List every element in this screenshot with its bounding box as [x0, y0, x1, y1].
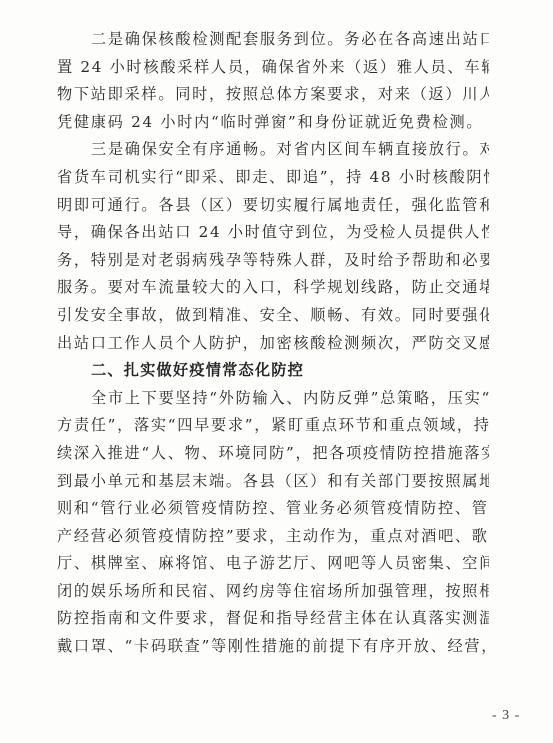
paragraph-4-line-2: 方责任”，落实“四早要求”，紧盯重点环节和重点领域，持 — [57, 412, 489, 440]
paragraph-3-line-8: 出站口工作人员个人防护，加密核酸检测频次，严防交叉感染。 — [57, 330, 489, 358]
section-heading: 二、扎实做好疫情常态化防控 — [57, 357, 489, 385]
document-page: 二是确保核酸检测配套服务到位。务必在各高速出站口配 置 24 小时核酸采样人员，… — [0, 0, 553, 743]
paragraph-4-line-6: 产经营必须管疫情防控”要求，主动作为，重点对酒吧、歌舞 — [57, 523, 489, 551]
page-number: - 3 - — [492, 708, 520, 724]
paragraph-4-line-9: 防控指南和文件要求，督促和指导经营主体在认真落实测温、 — [57, 605, 489, 633]
paragraph-4-line-7: 厅、棋牌室、麻将馆、电子游艺厅、网吧等人员密集、空间密 — [57, 550, 489, 578]
paragraph-4-line-1: 全市上下要坚持“外防输入、内防反弹”总策略，压实“四 — [57, 385, 489, 413]
paragraph-2-line-3: 物下站即采样。同时，按照总体方案要求，对来（返）川人员 — [57, 81, 489, 109]
paragraph-2-line-2: 置 24 小时核酸采样人员，确保省外来（返）雅人员、车辆和货 — [57, 54, 489, 82]
paragraph-2-line-1: 二是确保核酸检测配套服务到位。务必在各高速出站口配 — [57, 26, 489, 54]
paragraph-3-line-2: 省货车司机实行“即采、即走、即追”，持 48 小时核酸阴性证 — [57, 164, 489, 192]
paragraph-3-line-4: 导，确保各出站口 24 小时值守到位，为受检人员提供人性化服 — [57, 219, 489, 247]
paragraph-3-line-6: 服务。要对车流量较大的入口，科学规划线路，防止交通堵塞 — [57, 274, 489, 302]
paragraph-4-line-8: 闭的娱乐场所和民宿、网约房等住宿场所加强管理，按照相关 — [57, 578, 489, 606]
paragraph-3-line-3: 明即可通行。各县（区）要切实履行属地责任，强化监管和指 — [57, 192, 489, 220]
paragraph-3-line-1: 三是确保安全有序通畅。对省内区间车辆直接放行。对跨 — [57, 136, 489, 164]
paragraph-3-line-5: 务，特别是对老弱病残孕等特殊人群，及时给予帮助和必要的 — [57, 247, 489, 275]
paragraph-4-line-5: 则和“管行业必须管疫情防控、管业务必须管疫情防控、管生 — [57, 495, 489, 523]
paragraph-4-line-4: 到最小单元和基层末端。各县（区）和有关部门要按照属地原 — [57, 468, 489, 496]
paragraph-4-line-3: 续深入推进“人、物、环境同防”，把各项疫情防控措施落实 — [57, 440, 489, 468]
document-body: 二是确保核酸检测配套服务到位。务必在各高速出站口配 置 24 小时核酸采样人员，… — [57, 26, 489, 661]
paragraph-3-line-7: 引发安全事故，做到精准、安全、顺畅、有效。同时要强化各 — [57, 302, 489, 330]
paragraph-4-line-10: 戴口罩、“卡码联查”等刚性措施的前提下有序开放、经营， — [57, 633, 489, 661]
paragraph-2-line-4: 凭健康码 24 小时内“临时弹窗”和身份证就近免费检测。 — [57, 109, 489, 137]
